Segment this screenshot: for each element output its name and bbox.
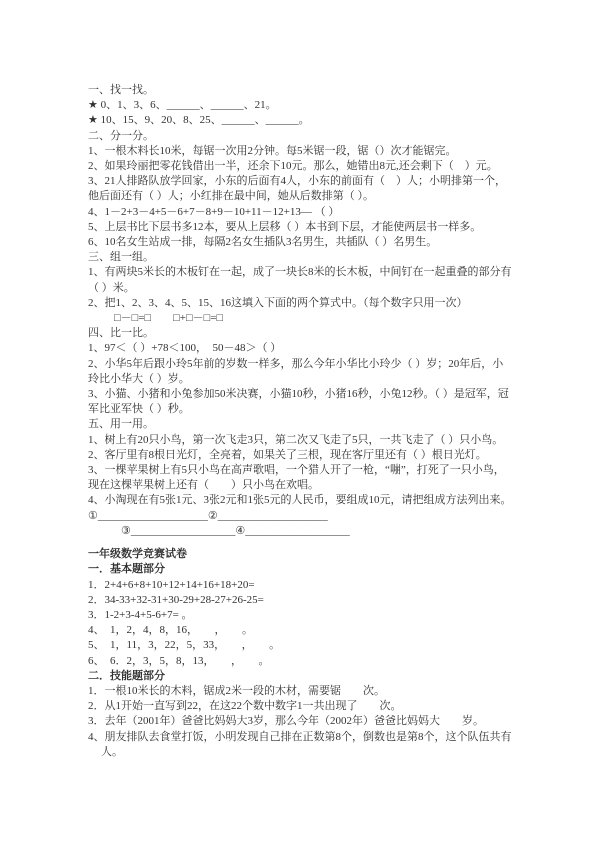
document-line: 现在这棵苹果树上还有（ ）只小鸟在欢唱。 (88, 478, 536, 493)
document-line: 1．一根10米长的木料，锯成2米一段的木材，需要锯 次。 (88, 684, 536, 699)
document-line: （ ）米。 (88, 281, 536, 296)
document-line: 3．去年（2001年）爸爸比妈妈大3岁，那么今年（2002年）爸爸比妈妈大 岁。 (88, 714, 536, 729)
document-line: ①____________________②__________________… (88, 509, 536, 524)
document-line: 4、朋友排队去食堂打饭，小明发现自己排在正数第8个，倒数也是第8个，这个队伍共有 (88, 730, 536, 745)
document-line: 三、组一组。 (88, 250, 536, 265)
document-line: 2、小华5年后跟小玲5年前的岁数一样多，那么今年小华比小玲少（ ）岁；20年后，… (88, 357, 536, 372)
document-line: 2、把1、2、3、4、5、15、16这填入下面的两个算式中。（每个数字只用一次） (88, 296, 536, 311)
document-line: 人。 (88, 745, 536, 760)
document-line: 1、树上有20只小鸟，第一次飞走3只，第二次又飞走了5只，一共飞走了（ ）只小鸟… (88, 433, 536, 448)
document-line: 3、21人排路队放学回家，小东的后面有4人，小东的前面有（ ）人；小明排第一个， (88, 174, 536, 189)
document-line: 一．基本题部分 (88, 562, 536, 577)
document-line: 4、1－2+3－4+5－6+7－8+9－10+11－12+13— （ ） (88, 205, 536, 220)
worksheet-page: 一、找一找。 ★ 0、1、3、6、______、______、21。 ★ 10、… (0, 0, 595, 842)
document-line: 6、 6．2，3，5，8，13， ， 。 (88, 654, 536, 669)
document-line: 玲比小华大（ ）岁。 (88, 372, 536, 387)
document-line: 4、小淘现在有5张1元、3张2元和1张5元的人民币，要组成10元，请把组成方法列… (88, 493, 536, 508)
document-line: 1、一根木料长10米，每锯一次用2分钟。每5米锯一段，锯（）次才能锯完。 (88, 144, 536, 159)
document-line: 3．1-2+3-4+5-6+7= 。 (88, 608, 536, 623)
document-line: 他后面还有（ ）人；小红排在最中间，她从后数排第（ ）。 (88, 189, 536, 204)
document-line: ★ 0、1、3、6、______、______、21。 (88, 98, 536, 113)
document-line: ★ 10、15、9、20、8、25、______、______。 (88, 113, 536, 128)
document-line: 二、分一分。 (88, 129, 536, 144)
document-line: 1、97＜（ ）+78＜100， 50－48＞（ ） (88, 341, 536, 356)
document-line: 6、10名女生站成一排，每隔2名女生插队3名男生，共插队（ ）名男生。 (88, 235, 536, 250)
document-line: □－□=□ □+□－□=□ (88, 311, 536, 326)
document-line: 5、 1，11，3，22，5，33， ， 。 (88, 638, 536, 653)
document-line: 二．技能题部分 (88, 669, 536, 684)
document-line: 一年级数学竞赛试卷 (88, 547, 536, 562)
document-line: 1．2+4+6+8+10+12+14+16+18+20= (88, 578, 536, 593)
document-line: 一、找一找。 (88, 83, 536, 98)
document-line: 4、 1，2，4，8，16， ， 。 (88, 623, 536, 638)
document-line: 3、小猫、小猪和小兔参加50米决赛，小猫10秒，小猪16秒，小兔12秒。（ ）是… (88, 387, 536, 402)
document-line: 五、用一用。 (88, 417, 536, 432)
document-line: 5、上层书比下层书多12本，要从上层移（ ）本书到下层，才能使两层书一样多。 (88, 220, 536, 235)
document-line: ③___________________④___________________ (88, 524, 536, 539)
document-line: 2．从1开始一直写到22，在这22个数中数字1一共出现了 次。 (88, 699, 536, 714)
document-line: 2、如果玲丽把零花钱借出一半，还余下10元。那么，她错出8元,还会剩下（ ）元。 (88, 159, 536, 174)
document-line: 2．34-33+32-31+30-29+28-27+26-25= (88, 593, 536, 608)
document-line: 2、客厅里有8根日光灯，全亮着，如果关了三根，现在客厅里还有（ ）根日光灯。 (88, 448, 536, 463)
document-line: 1、有两块5米长的木板钉在一起，成了一块长8米的长木板，中间钉在一起重叠的部分有 (88, 265, 536, 280)
document-line: 3、一棵苹果树上有5只小鸟在高声歌唱，一个猎人开了一枪，“嘣”，打死了一只小鸟， (88, 463, 536, 478)
document-content: 一、找一找。 ★ 0、1、3、6、______、______、21。 ★ 10、… (88, 83, 536, 760)
document-line: 四、比一比。 (88, 326, 536, 341)
document-line: 军比亚军快（ ）秒。 (88, 402, 536, 417)
